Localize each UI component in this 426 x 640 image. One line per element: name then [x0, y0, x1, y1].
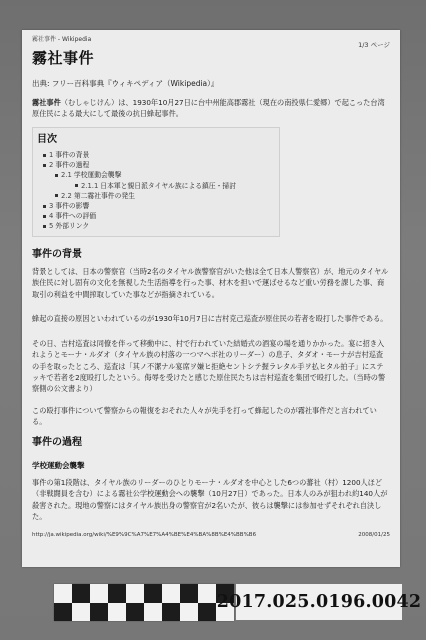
- section-heading-background: 事件の背景: [32, 245, 82, 260]
- process-paragraph-1: 事件の第1段階は、タイヤル族のリーダーのひとりモーナ・ルダオを中心とした6つの蕃…: [32, 477, 390, 522]
- toc-item[interactable]: 2事件の過程: [43, 160, 236, 170]
- footer-url: http://ja.wikipedia.org/wiki/%E9%9C%A7%E…: [32, 532, 256, 538]
- page-header-title: 霧社事件 - Wikipedia: [32, 34, 91, 43]
- bullet-icon: [43, 154, 46, 157]
- article-title: 霧社事件: [32, 47, 94, 68]
- document-page: 霧社事件 - Wikipedia 1/3 ページ 霧社事件 出典: フリー百科事…: [22, 30, 400, 567]
- background-paragraph-4: この殴打事件について警察からの報復をおそれた人々が先手を打って蜂起したのが霧社事…: [32, 405, 390, 428]
- toc-list: 1事件の背景 2事件の過程 2.1学校運動会襲撃 2.1.1日本軍と親日派タイヤ…: [43, 150, 236, 232]
- bullet-icon: [75, 184, 78, 187]
- background-paragraph-3: その日、吉村巡査は同僚を伴って移動中に、村で行われていた結婚式の酒宴の場を通りか…: [32, 338, 390, 394]
- toc-item[interactable]: 2.1.1日本軍と親日派タイヤル族による鎮圧・掃討: [43, 181, 236, 191]
- background-paragraph-2: 蜂起の直接の原因といわれているのが1930年10月7日に吉村克己巡査が原住民の若…: [32, 313, 390, 324]
- intro-text: （むしゃじけん）は、1930年10月27日に台中州能高郡霧社（現在の南投県仁愛郷…: [32, 98, 385, 118]
- toc-item[interactable]: 3事件の影響: [43, 201, 236, 211]
- article-source: 出典: フリー百科事典『ウィキペディア（Wikipedia）』: [32, 78, 218, 89]
- color-scale-bar: [54, 584, 234, 621]
- bullet-icon: [55, 174, 58, 177]
- toc-item[interactable]: 1事件の背景: [43, 150, 236, 160]
- bullet-icon: [43, 215, 46, 218]
- bullet-icon: [43, 164, 46, 167]
- toc-item[interactable]: 5外部リンク: [43, 221, 236, 231]
- accession-label: 2017.025.0196.0042: [236, 584, 402, 620]
- toc-title: 目次: [37, 130, 57, 145]
- table-of-contents: 目次 1事件の背景 2事件の過程 2.1学校運動会襲撃 2.1.1日本軍と親日派…: [32, 127, 280, 237]
- intro-term: 霧社事件: [32, 98, 61, 107]
- accession-number: 2017.025.0196.0042: [217, 592, 422, 612]
- footer-date: 2008/01/25: [358, 532, 390, 538]
- background-paragraph-1: 背景としては、日本の警察官（当時2名のタイヤル族警察官がいた他は全て日本人警察官…: [32, 266, 390, 300]
- toc-item[interactable]: 2.2第二霧社事件の発生: [43, 191, 236, 201]
- bullet-icon: [43, 205, 46, 208]
- intro-paragraph: 霧社事件（むしゃじけん）は、1930年10月27日に台中州能高郡霧社（現在の南投…: [32, 97, 390, 120]
- page-number: 1/3 ページ: [358, 40, 390, 49]
- section-heading-process: 事件の過程: [32, 433, 82, 448]
- toc-item[interactable]: 2.1学校運動会襲撃: [43, 170, 236, 180]
- bullet-icon: [43, 225, 46, 228]
- subsection-heading-school-attack: 学校運動会襲撃: [32, 460, 85, 471]
- toc-item[interactable]: 4事件への評価: [43, 211, 236, 221]
- bullet-icon: [55, 194, 58, 197]
